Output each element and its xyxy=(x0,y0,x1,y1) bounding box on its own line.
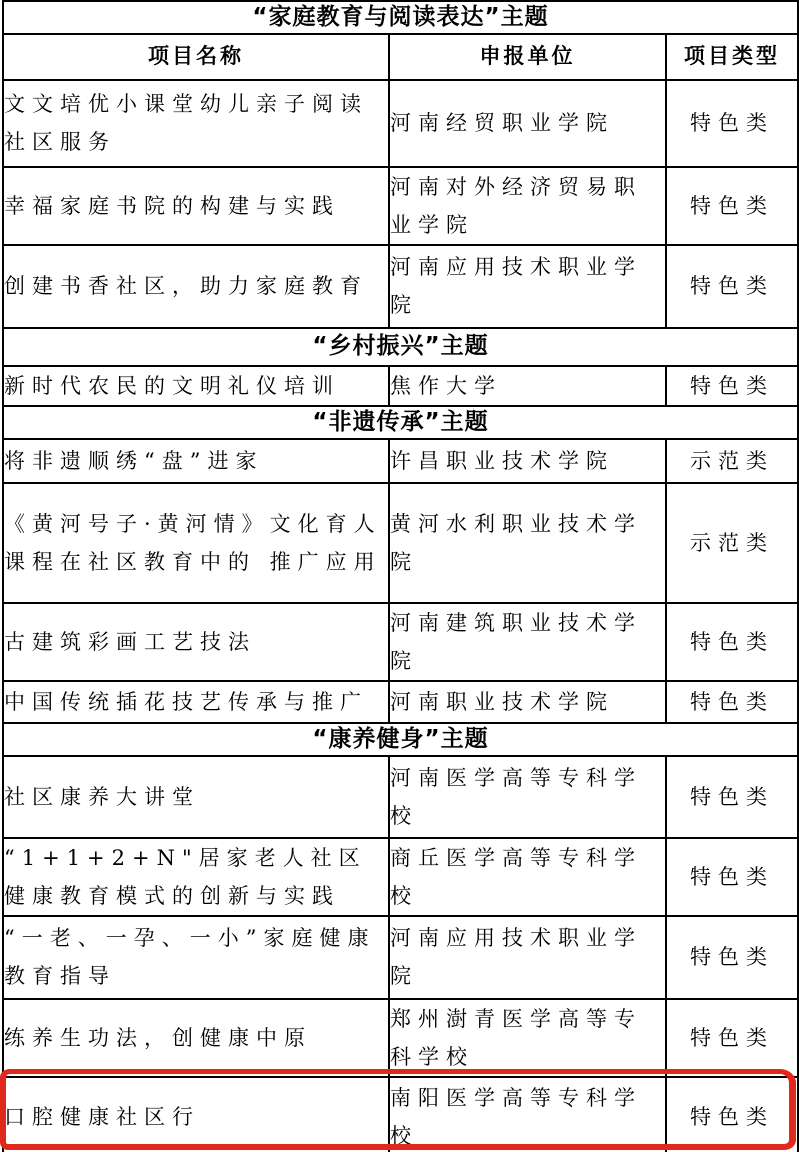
section-row-rural-revitalization: “乡村振兴”主题 xyxy=(3,328,798,366)
section-row-health-wellness: “康养健身”主题 xyxy=(3,723,798,756)
table-row: 《黄河号子·黄河情》文化育人课程在社区教育中的 推广应用 黄河水利职业技术学院 … xyxy=(3,483,798,603)
project-type-cell: 示范类 xyxy=(666,439,798,483)
table-row: 文文培优小课堂幼儿亲子阅读社区服务 河南经贸职业学院 特色类 xyxy=(3,80,798,167)
section-row-intangible-heritage: “非遗传承”主题 xyxy=(3,406,798,439)
project-name-cell: “1+1+2+N"居家老人社区健康教育模式的创新与实践 xyxy=(3,838,389,916)
table-row: 创建书香社区，助力家庭教育 河南应用技术职业学院 特色类 xyxy=(3,245,798,328)
project-type-cell: 特色类 xyxy=(666,1077,798,1152)
applicant-unit-cell: 南阳医学高等专科学校 xyxy=(389,1077,666,1152)
applicant-unit-cell: 郑州澍青医学高等专科学校 xyxy=(389,999,666,1077)
document-page: { "columns": ["项目名称", "申报单位", "项目类型"], "… xyxy=(0,0,799,1152)
project-type-cell: 特色类 xyxy=(666,916,798,999)
project-table-document: “家庭教育与阅读表达”主题 项目名称 申报单位 项目类型 文文培优小课堂幼儿亲子… xyxy=(2,0,797,1152)
project-table: “家庭教育与阅读表达”主题 项目名称 申报单位 项目类型 文文培优小课堂幼儿亲子… xyxy=(2,0,799,1152)
project-name-cell: 口腔健康社区行 xyxy=(3,1077,389,1152)
project-name-cell: 文文培优小课堂幼儿亲子阅读社区服务 xyxy=(3,80,389,167)
table-row-highlighted: 口腔健康社区行 南阳医学高等专科学校 特色类 xyxy=(3,1077,798,1152)
project-name-cell: 中国传统插花技艺传承与推广 xyxy=(3,681,389,723)
project-type-cell: 特色类 xyxy=(666,999,798,1077)
applicant-unit-cell: 河南建筑职业技术学院 xyxy=(389,603,666,681)
column-header-applicant-unit: 申报单位 xyxy=(389,34,666,80)
project-name-cell: “一老、一孕、一小”家庭健康教育指导 xyxy=(3,916,389,999)
project-type-cell: 特色类 xyxy=(666,838,798,916)
table-row: 社区康养大讲堂 河南医学高等专科学校 特色类 xyxy=(3,756,798,838)
table-row: “1+1+2+N"居家老人社区健康教育模式的创新与实践 商丘医学高等专科学校 特… xyxy=(3,838,798,916)
project-name-cell: 创建书香社区，助力家庭教育 xyxy=(3,245,389,328)
column-header-project-name: 项目名称 xyxy=(3,34,389,80)
project-type-cell: 特色类 xyxy=(666,80,798,167)
project-type-cell: 特色类 xyxy=(666,681,798,723)
section-title: “非遗传承”主题 xyxy=(3,406,798,439)
table-row: 幸福家庭书院的构建与实践 河南对外经济贸易职业学院 特色类 xyxy=(3,167,798,245)
applicant-unit-cell: 河南对外经济贸易职业学院 xyxy=(389,167,666,245)
project-name-cell: 古建筑彩画工艺技法 xyxy=(3,603,389,681)
section-title: “家庭教育与阅读表达”主题 xyxy=(3,1,798,34)
table-row: 中国传统插花技艺传承与推广 河南职业技术学院 特色类 xyxy=(3,681,798,723)
project-type-cell: 特色类 xyxy=(666,603,798,681)
column-header-project-type: 项目类型 xyxy=(666,34,798,80)
project-name-cell: 将非遗顺绣“盘”进家 xyxy=(3,439,389,483)
section-title: “乡村振兴”主题 xyxy=(3,328,798,366)
section-title: “康养健身”主题 xyxy=(3,723,798,756)
project-name-cell: 幸福家庭书院的构建与实践 xyxy=(3,167,389,245)
applicant-unit-cell: 焦作大学 xyxy=(389,366,666,406)
table-row: 新时代农民的文明礼仪培训 焦作大学 特色类 xyxy=(3,366,798,406)
project-type-cell: 特色类 xyxy=(666,167,798,245)
project-name-cell: 《黄河号子·黄河情》文化育人课程在社区教育中的 推广应用 xyxy=(3,483,389,603)
applicant-unit-cell: 黄河水利职业技术学院 xyxy=(389,483,666,603)
table-row: 将非遗顺绣“盘”进家 许昌职业技术学院 示范类 xyxy=(3,439,798,483)
project-name-cell: 社区康养大讲堂 xyxy=(3,756,389,838)
applicant-unit-cell: 河南经贸职业学院 xyxy=(389,80,666,167)
project-name-cell: 练养生功法，创健康中原 xyxy=(3,999,389,1077)
section-row-family-education: “家庭教育与阅读表达”主题 xyxy=(3,1,798,34)
applicant-unit-cell: 商丘医学高等专科学校 xyxy=(389,838,666,916)
project-type-cell: 特色类 xyxy=(666,756,798,838)
project-name-cell: 新时代农民的文明礼仪培训 xyxy=(3,366,389,406)
applicant-unit-cell: 许昌职业技术学院 xyxy=(389,439,666,483)
table-row: 古建筑彩画工艺技法 河南建筑职业技术学院 特色类 xyxy=(3,603,798,681)
project-type-cell: 示范类 xyxy=(666,483,798,603)
applicant-unit-cell: 河南医学高等专科学校 xyxy=(389,756,666,838)
applicant-unit-cell: 河南应用技术职业学院 xyxy=(389,245,666,328)
applicant-unit-cell: 河南应用技术职业学院 xyxy=(389,916,666,999)
header-row: 项目名称 申报单位 项目类型 xyxy=(3,34,798,80)
table-row: 练养生功法，创健康中原 郑州澍青医学高等专科学校 特色类 xyxy=(3,999,798,1077)
table-row: “一老、一孕、一小”家庭健康教育指导 河南应用技术职业学院 特色类 xyxy=(3,916,798,999)
project-type-cell: 特色类 xyxy=(666,366,798,406)
applicant-unit-cell: 河南职业技术学院 xyxy=(389,681,666,723)
project-type-cell: 特色类 xyxy=(666,245,798,328)
